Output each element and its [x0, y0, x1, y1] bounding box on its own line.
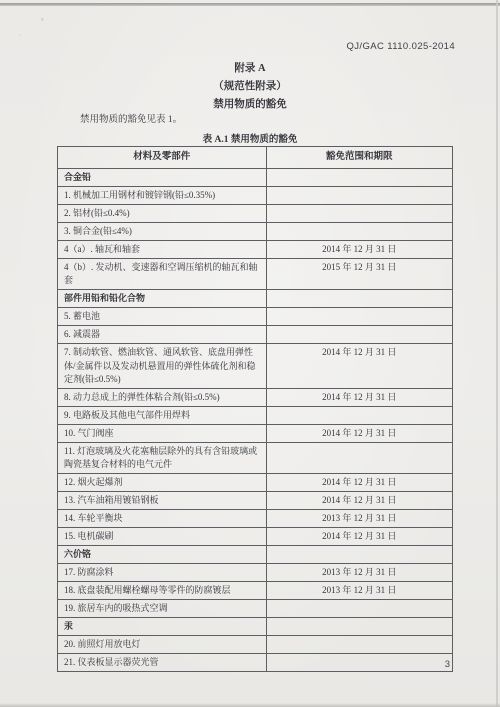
exemption-cell: 2014 年 12 月 31 日: [266, 527, 452, 545]
material-cell: 7. 制动软管、燃油软管、通风软管、底盘用弹性体/金属件以及发动机悬置用的弹性体…: [58, 344, 267, 388]
material-cell: 汞: [58, 618, 267, 636]
exemption-cell: [266, 205, 452, 223]
exemption-cell: [266, 636, 452, 654]
material-cell: 1. 机械加工用钢材和镀锌钢(铅≤0.35%): [58, 187, 267, 205]
table-row: 8. 动力总成上的弹性体粘合剂(铅≤0.5%)2014 年 12 月 31 日: [58, 388, 453, 406]
material-cell: 4（a）. 轴瓦和轴套: [58, 241, 267, 259]
table-section-row: 合金铅: [58, 169, 453, 187]
exemption-cell: [266, 600, 452, 618]
material-cell: 2. 铝材(铅≤0.4%): [58, 205, 267, 223]
table-row: 12. 烟火起爆剂2014 年 12 月 31 日: [58, 473, 453, 491]
scan-mark: ᵞ: [40, 17, 43, 24]
material-cell: 19. 旅居车内的吸热式空调: [58, 600, 267, 618]
material-cell: 18. 底盘装配用螺栓螺母等零件的防腐镀层: [58, 582, 267, 600]
material-cell: 14. 车轮平衡块: [58, 509, 267, 527]
exemption-table: 材料及零部件 豁免范围和期限 合金铅1. 机械加工用钢材和镀锌钢(铅≤0.35%…: [57, 146, 453, 672]
exemption-cell: [266, 442, 452, 473]
material-cell: 13. 汽车油箱用镀铅钢板: [58, 491, 267, 509]
material-cell: 15. 电机碳刷: [58, 527, 267, 545]
scan-edge-top-line: [0, 3, 500, 6]
material-cell: 11. 灯泡玻璃及火花塞釉层除外的具有含铅玻璃或陶瓷基复合材料的电气元件: [58, 442, 267, 473]
table-row: 10. 气门阀座2014 年 12 月 31 日: [58, 424, 453, 442]
exemption-cell: 2013 年 12 月 31 日: [266, 564, 452, 582]
exemption-cell: [266, 618, 452, 636]
table-section-row: 六价铬: [58, 546, 453, 564]
material-cell: 10. 气门阀座: [58, 424, 267, 442]
material-cell: 6. 减震器: [58, 326, 267, 344]
table-row: 17. 防腐涂料2013 年 12 月 31 日: [58, 564, 453, 582]
table-row: 4（a）. 轴瓦和轴套2014 年 12 月 31 日: [58, 241, 453, 259]
table-row: 18. 底盘装配用螺栓螺母等零件的防腐镀层2013 年 12 月 31 日: [58, 582, 453, 600]
exemption-cell: [266, 546, 452, 564]
exemption-cell: [266, 654, 452, 672]
table-section-row: 汞: [58, 618, 453, 636]
material-cell: 8. 动力总成上的弹性体粘合剂(铅≤0.5%): [58, 388, 267, 406]
table-header-row: 材料及零部件 豁免范围和期限: [58, 147, 453, 169]
material-cell: 17. 防腐涂料: [58, 564, 267, 582]
table-row: 15. 电机碳刷2014 年 12 月 31 日: [58, 527, 453, 545]
table-row: 11. 灯泡玻璃及火花塞釉层除外的具有含铅玻璃或陶瓷基复合材料的电气元件: [58, 442, 453, 473]
column-header-material: 材料及零部件: [58, 147, 267, 169]
table-row: 4（b）. 发动机、变速器和空调压缩机的轴瓦和轴套2015 年 12 月 31 …: [58, 259, 453, 290]
scanned-page: ᵞ · QJ/GAC 1110.025-2014 附录 A （规范性附录） 禁用…: [0, 0, 500, 707]
exemption-cell: 2014 年 12 月 31 日: [266, 473, 452, 491]
table-row: 14. 车轮平衡块2013 年 12 月 31 日: [58, 509, 453, 527]
intro-text: 禁用物质的豁免见表 1。: [80, 111, 182, 125]
exemption-cell: 2013 年 12 月 31 日: [266, 582, 452, 600]
exemption-cell: 2014 年 12 月 31 日: [266, 388, 452, 406]
material-cell: 12. 烟火起爆剂: [58, 473, 267, 491]
table-row: 3. 铜合金(铅≤4%): [58, 223, 453, 241]
appendix-title: 禁用物质的豁免: [0, 96, 500, 111]
material-cell: 20. 前照灯用放电灯: [58, 636, 267, 654]
table-row: 13. 汽车油箱用镀铅钢板2014 年 12 月 31 日: [58, 491, 453, 509]
exemption-cell: 2013 年 12 月 31 日: [266, 509, 452, 527]
exemption-cell: 2015 年 12 月 31 日: [266, 259, 452, 290]
column-header-exemption: 豁免范围和期限: [266, 147, 452, 169]
material-cell: 合金铅: [58, 169, 267, 187]
exemption-cell: [266, 326, 452, 344]
table-row: 21. 仪表板显示器荧光管: [58, 654, 453, 672]
table-row: 2. 铝材(铅≤0.4%): [58, 205, 453, 223]
material-cell: 3. 铜合金(铅≤4%): [58, 223, 267, 241]
material-cell: 六价铬: [58, 546, 267, 564]
exemption-cell: [266, 187, 452, 205]
exemption-cell: [266, 308, 452, 326]
table-row: 19. 旅居车内的吸热式空调: [58, 600, 453, 618]
table-row: 20. 前照灯用放电灯: [58, 636, 453, 654]
table-row: 7. 制动软管、燃油软管、通风软管、底盘用弹性体/金属件以及发动机悬置用的弹性体…: [58, 344, 453, 388]
exemption-cell: [266, 406, 452, 424]
material-cell: 部件用铅和铅化合物: [58, 290, 267, 308]
exemption-cell: 2014 年 12 月 31 日: [266, 344, 452, 388]
exemption-cell: [266, 169, 452, 187]
exemption-cell: [266, 290, 452, 308]
scan-mark: ·: [19, 33, 21, 40]
table-row: 1. 机械加工用钢材和镀锌钢(铅≤0.35%): [58, 187, 453, 205]
table-caption: 表 A.1 禁用物质的豁免: [0, 131, 500, 145]
material-cell: 21. 仪表板显示器荧光管: [58, 654, 267, 672]
appendix-label: 附录 A: [0, 60, 500, 75]
material-cell: 9. 电路板及其他电气部件用焊料: [58, 406, 267, 424]
standard-number: QJ/GAC 1110.025-2014: [346, 41, 455, 52]
appendix-type: （规范性附录）: [0, 78, 500, 93]
material-cell: 4（b）. 发动机、变速器和空调压缩机的轴瓦和轴套: [58, 259, 267, 290]
table-row: 6. 减震器: [58, 326, 453, 344]
material-cell: 5. 蓄电池: [58, 308, 267, 326]
scan-edge-bottom-shadow: [0, 703, 500, 707]
table-row: 5. 蓄电池: [58, 308, 453, 326]
exemption-cell: [266, 223, 452, 241]
table-section-row: 部件用铅和铅化合物: [58, 290, 453, 308]
exemption-cell: 2014 年 12 月 31 日: [266, 241, 452, 259]
exemption-table-body: 合金铅1. 机械加工用钢材和镀锌钢(铅≤0.35%)2. 铝材(铅≤0.4%)3…: [58, 169, 453, 672]
exemption-cell: 2014 年 12 月 31 日: [266, 491, 452, 509]
exemption-cell: 2014 年 12 月 31 日: [266, 424, 452, 442]
page-number: 3: [445, 659, 450, 670]
table-row: 9. 电路板及其他电气部件用焊料: [58, 406, 453, 424]
